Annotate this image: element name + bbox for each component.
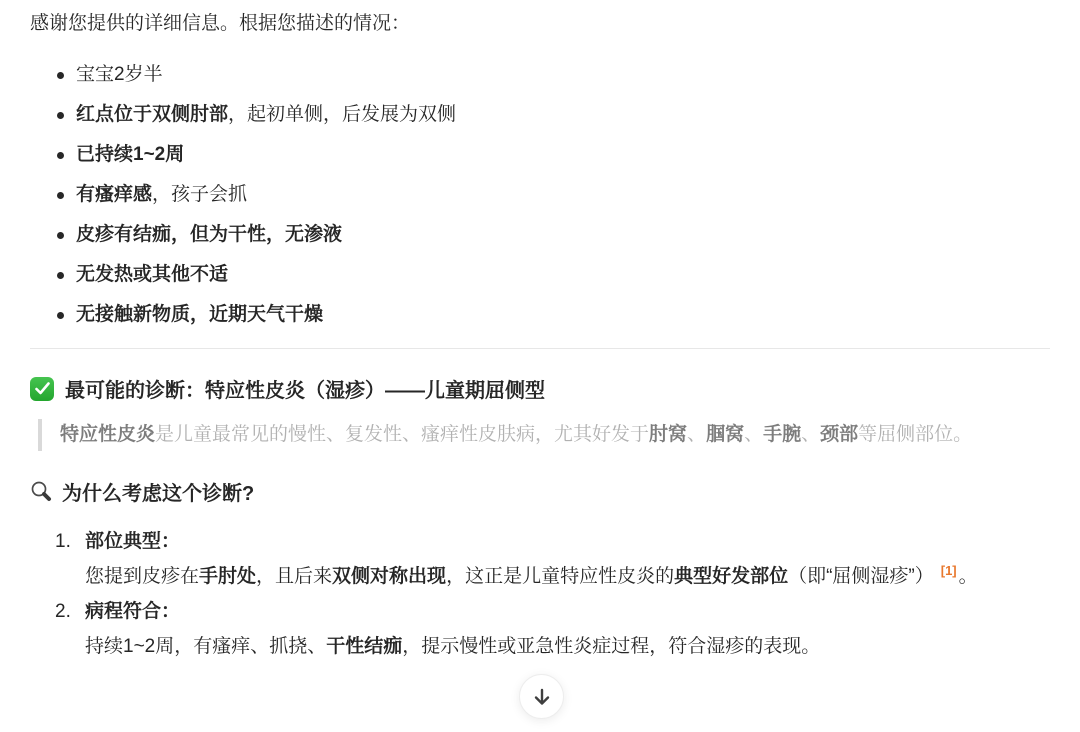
list-item: 无接触新物质，近期天气干燥 [30,302,1050,328]
list-item-bold: 无接触新物质，近期天气干燥 [76,304,323,325]
quote-text: 、 [801,424,820,445]
list-item: 有瘙痒感，孩子会抓 [30,182,1050,208]
body-text: ，且后来 [256,566,332,587]
diagnosis-title: 最可能的诊断：特应性皮炎（湿疹）——儿童期屈侧型 [65,374,545,403]
why-title: 为什么考虑这个诊断? [62,477,254,506]
list-item-text: 宝宝2岁半 [76,64,163,85]
arrow-down-icon [531,686,553,708]
bullet-icon [57,112,64,119]
section-divider [30,348,1050,349]
body-text: ，提示慢性或亚急性炎症过程，符合湿疹的表现。 [402,636,820,657]
diagnosis-quote: 特应性皮炎是儿童最常见的慢性、复发性、瘙痒性皮肤病，尤其好发于肘窝、腘窝、手腕、… [38,419,1023,451]
reason-list: 1. 部位典型： 您提到皮疹在手肘处，且后来双侧对称出现，这正是儿童特应性皮炎的… [30,524,1050,664]
body-text: 您提到皮疹在 [85,566,199,587]
bullet-icon [57,232,64,239]
quote-bold: 特应性皮炎 [60,424,155,445]
list-item-bold: 有瘙痒感 [76,184,152,205]
symptom-list: 宝宝2岁半 红点位于双侧肘部，起初单侧，后发展为双侧 已持续1~2周 有瘙痒感，… [30,62,1050,328]
body-text: 持续1~2周，有瘙痒、抓挠、 [85,636,326,657]
intro-paragraph: 感谢您提供的详细信息。根据您描述的情况： [30,10,1050,38]
reason-item: 2. 病程符合： 持续1~2周，有瘙痒、抓挠、干性结痂，提示慢性或亚急性炎症过程… [30,594,1020,664]
list-item: 皮疹有结痂，但为干性，无渗液 [30,222,1050,248]
reason-label: 部位典型： [85,524,1020,559]
bullet-icon [57,312,64,319]
body-bold: 干性结痂 [326,636,402,657]
item-number: 2. [55,594,71,629]
bullet-icon [57,192,64,199]
quote-bold: 肘窝 [649,424,687,445]
why-heading: 为什么考虑这个诊断? [30,477,1050,506]
quote-text: 等屈侧部位。 [858,424,972,445]
bullet-icon [57,72,64,79]
list-item: 宝宝2岁半 [30,62,1050,88]
quote-bold: 颈部 [820,424,858,445]
body-bold: 手肘处 [199,566,256,587]
body-bold: 双侧对称出现 [332,566,446,587]
quote-bold: 腘窝 [706,424,744,445]
list-item: 无发热或其他不适 [30,262,1050,288]
list-item-bold: 无发热或其他不适 [76,264,228,285]
list-item: 红点位于双侧肘部，起初单侧，后发展为双侧 [30,102,1050,128]
body-text: 。 [959,566,978,587]
list-item-bold: 红点位于双侧肘部 [76,104,228,125]
diagnosis-heading: 最可能的诊断：特应性皮炎（湿疹）——儿童期屈侧型 [30,374,1050,403]
reason-body: 您提到皮疹在手肘处，且后来双侧对称出现，这正是儿童特应性皮炎的典型好发部位（即“… [85,559,1020,594]
list-item-text: ，起初单侧，后发展为双侧 [228,104,456,125]
body-text: （即“屈侧湿疹”） [788,566,934,587]
list-item-text: ，孩子会抓 [152,184,247,205]
list-item-bold: 皮疹有结痂，但为干性，无渗液 [76,224,342,245]
list-item-bold: 已持续1~2周 [76,144,184,165]
search-icon [30,480,53,503]
bullet-icon [57,152,64,159]
citation-link[interactable]: [1] [941,563,957,578]
quote-text: 、 [687,424,706,445]
scroll-to-bottom-button[interactable] [519,674,564,719]
reason-item: 1. 部位典型： 您提到皮疹在手肘处，且后来双侧对称出现，这正是儿童特应性皮炎的… [30,524,1020,594]
list-item: 已持续1~2周 [30,142,1050,168]
quote-text: 是儿童最常见的慢性、复发性、瘙痒性皮肤病，尤其好发于 [155,424,649,445]
body-bold: 典型好发部位 [674,566,788,587]
body-text: ，这正是儿童特应性皮炎的 [446,566,674,587]
item-number: 1. [55,524,71,559]
check-icon [30,377,54,401]
quote-text: 、 [744,424,763,445]
bullet-icon [57,272,64,279]
reason-body: 持续1~2周，有瘙痒、抓挠、干性结痂，提示慢性或亚急性炎症过程，符合湿疹的表现。 [85,629,1020,664]
assistant-message: 感谢您提供的详细信息。根据您描述的情况： 宝宝2岁半 红点位于双侧肘部，起初单侧… [0,0,1080,664]
quote-bold: 手腕 [763,424,801,445]
reason-label: 病程符合： [85,594,1020,629]
